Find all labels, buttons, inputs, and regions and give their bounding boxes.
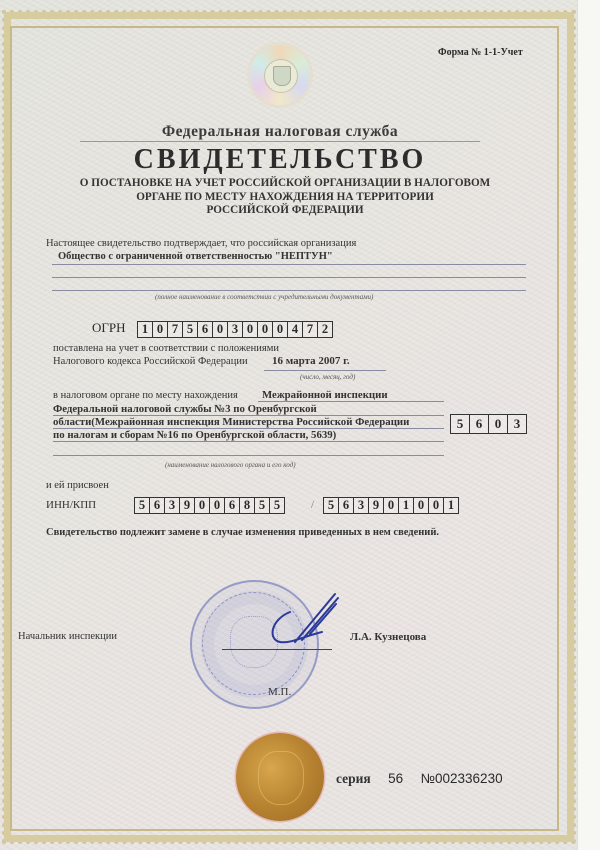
digit-box: 0 — [258, 322, 273, 337]
digit-box: 7 — [168, 322, 183, 337]
digit-box: 3 — [165, 498, 180, 513]
field-line — [53, 441, 444, 442]
inn-kpp-label: ИНН/КПП — [46, 499, 96, 511]
agency-name: Федеральная налоговая служба — [0, 123, 560, 141]
replacement-notice: Свидетельство подлежит замене в случае и… — [46, 527, 439, 538]
tax-office-line: по налогам и сборам №16 по Оренбургской … — [53, 429, 336, 441]
digit-box: 6 — [339, 498, 354, 513]
shield-icon — [273, 66, 291, 86]
signature-line — [222, 649, 332, 650]
digit-box: 0 — [213, 322, 228, 337]
digit-box: 3 — [228, 322, 243, 337]
digit-box: 0 — [210, 498, 225, 513]
tax-office-intro: в налоговом органе по месту нахождения — [53, 390, 238, 401]
subtitle-line: ОРГАНЕ ПО МЕСТУ НАХОЖДЕНИЯ НА ТЕРРИТОРИИ — [20, 191, 550, 205]
digit-box: 8 — [240, 498, 255, 513]
field-line — [52, 290, 526, 291]
field-line — [264, 370, 386, 371]
field-line — [52, 264, 526, 265]
subtitle-line: РОССИЙСКОЙ ФЕДЕРАЦИИ — [20, 204, 550, 218]
inn-digit-boxes: 5639006855 — [134, 497, 285, 514]
digit-box: 7 — [303, 322, 318, 337]
digit-box: 9 — [180, 498, 195, 513]
subtitle-line: О ПОСТАНОВКЕ НА УЧЕТ РОССИЙСКОЙ ОРГАНИЗА… — [20, 177, 550, 191]
field-line — [258, 401, 444, 402]
form-number: Форма № 1-1-Учет — [438, 47, 523, 58]
digit-box: 0 — [429, 498, 444, 513]
inn-kpp-separator: / — [311, 500, 314, 511]
series-number: №002336230 — [421, 771, 503, 786]
digit-box: 0 — [243, 322, 258, 337]
field-line — [53, 455, 444, 456]
field-line — [52, 277, 526, 278]
digit-box: 9 — [369, 498, 384, 513]
digit-box: 4 — [288, 322, 303, 337]
registration-date: 16 марта 2007 г. — [272, 355, 350, 367]
digit-box: 6 — [198, 322, 213, 337]
digit-box: 2 — [318, 322, 332, 337]
stamp-place-label: М.П. — [268, 686, 291, 698]
organization-note: (полное наименование в соответствии с уч… — [155, 293, 373, 301]
double-headed-eagle-icon — [258, 751, 304, 805]
confirm-text: Настоящее свидетельство подтверждает, чт… — [46, 238, 356, 249]
series-block: серия 56 №002336230 — [336, 771, 503, 787]
digit-box: 1 — [444, 498, 458, 513]
series-label: серия — [336, 771, 371, 786]
digit-box: 0 — [489, 415, 508, 433]
signatory-name: Л.А. Кузнецова — [350, 631, 426, 643]
registration-line1: поставлена на учет в соответствии с поло… — [53, 343, 279, 354]
digit-box: 3 — [508, 415, 526, 433]
assigned-label: и ей присвоен — [46, 480, 109, 491]
page-edge — [577, 0, 600, 850]
registration-line2: Налогового кодекса Российской Федерации — [53, 356, 248, 367]
tax-office-line: Федеральной налоговой службы №3 по Оренб… — [53, 403, 317, 415]
digit-box: 0 — [273, 322, 288, 337]
digit-box: 3 — [354, 498, 369, 513]
digit-box: 5 — [255, 498, 270, 513]
tax-office-code-boxes: 5603 — [450, 414, 527, 434]
digit-box: 6 — [470, 415, 489, 433]
signatory-position: Начальник инспекции — [18, 631, 117, 642]
digit-box: 0 — [195, 498, 210, 513]
digit-box: 5 — [324, 498, 339, 513]
organization-name: Общество с ограниченной ответственностью… — [58, 251, 333, 262]
hologram-emblem-icon — [250, 45, 310, 105]
digit-box: 1 — [399, 498, 414, 513]
digit-box: 5 — [183, 322, 198, 337]
digit-box: 6 — [225, 498, 240, 513]
digit-box: 5 — [135, 498, 150, 513]
signature-icon — [250, 590, 340, 650]
series-value: 56 — [388, 771, 403, 786]
ogrn-digit-boxes: 1075603000472 — [137, 321, 333, 338]
digit-box: 0 — [384, 498, 399, 513]
document-title: СВИДЕТЕЛЬСТВО — [0, 144, 560, 176]
digit-box: 0 — [414, 498, 429, 513]
document-subtitle: О ПОСТАНОВКЕ НА УЧЕТ РОССИЙСКОЙ ОРГАНИЗА… — [20, 177, 550, 218]
date-note: (число, месяц, год) — [300, 373, 355, 381]
digit-box: 0 — [153, 322, 168, 337]
digit-box: 6 — [150, 498, 165, 513]
tax-office-line: Межрайонной инспекции — [262, 389, 388, 401]
gold-seal — [236, 733, 324, 821]
divider — [80, 141, 480, 142]
digit-box: 1 — [138, 322, 153, 337]
tax-office-note: (наименование налогового органа и его ко… — [165, 461, 296, 469]
digit-box: 5 — [451, 415, 470, 433]
tax-office-line: области(Межрайонная инспекция Министерст… — [53, 416, 409, 428]
ogrn-label: ОГРН — [92, 320, 126, 336]
digit-box: 5 — [270, 498, 284, 513]
kpp-digit-boxes: 563901001 — [323, 497, 459, 514]
